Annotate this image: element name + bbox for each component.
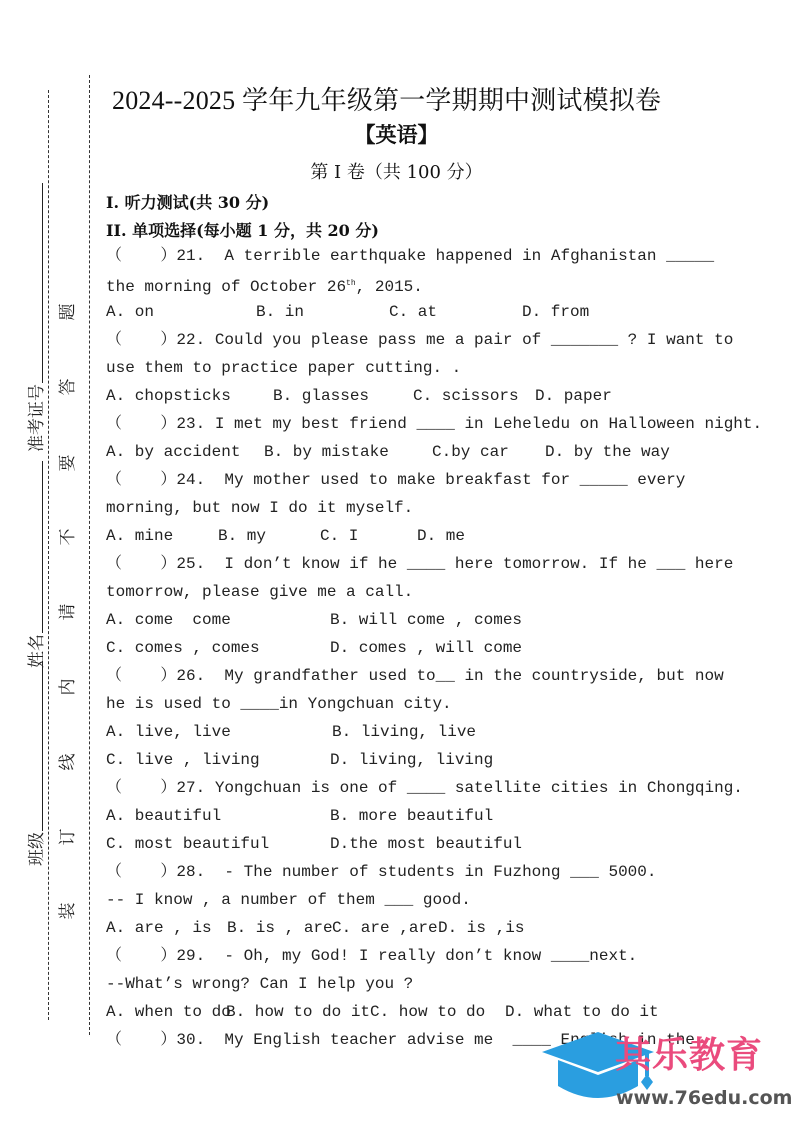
exam-number-field[interactable]: 准考证号 (22, 183, 47, 452)
q21-option-d[interactable]: D. from (522, 302, 589, 322)
q24-option-a[interactable]: A. mine (106, 526, 173, 546)
question-26-stem: （ ）26. My grandfather used to__ in the c… (106, 666, 724, 686)
subject-heading: 【英语】 (0, 119, 793, 149)
q21-option-c[interactable]: C. at (389, 302, 437, 322)
q24-option-d[interactable]: D. me (417, 526, 465, 546)
q26-option-d[interactable]: D. living, living (330, 750, 493, 770)
q28-option-b[interactable]: B. is , are (227, 918, 333, 938)
question-21-stem-cont: the morning of October 26th, 2015. (106, 274, 423, 297)
seal-char: 装 (58, 901, 78, 921)
q26-option-b[interactable]: B. living, live (332, 722, 476, 742)
class-label: 班级 (22, 832, 47, 866)
q27-option-d[interactable]: D.the most beautiful (330, 834, 522, 854)
q26-option-c[interactable]: C. live , living (106, 750, 260, 770)
seal-char: 要 (58, 453, 78, 473)
q21-tail: , 2015. (356, 278, 423, 296)
q25-option-c[interactable]: C. comes , comes (106, 638, 260, 658)
question-25-stem: （ ）25. I don’t know if he ____ here tomo… (106, 554, 733, 574)
q23-option-b[interactable]: B. by mistake (264, 442, 389, 462)
watermark-url: www.76edu.com (616, 1087, 792, 1109)
question-24-stem: （ ）24. My mother used to make breakfast … (106, 470, 685, 490)
seal-char: 答 (58, 377, 78, 397)
q25-option-b[interactable]: B. will come , comes (330, 610, 522, 630)
q29-option-c[interactable]: C. how to do (370, 1002, 485, 1022)
q29-option-b[interactable]: B. how to do it (226, 1002, 370, 1022)
q21-option-b[interactable]: B. in (256, 302, 304, 322)
q25-option-a[interactable]: A. come come (106, 610, 231, 630)
seal-char: 订 (58, 827, 78, 847)
question-22-stem-cont: use them to practice paper cutting. . (106, 358, 461, 378)
q24-option-c[interactable]: C. I (320, 526, 358, 546)
question-29-stem-cont: --What’s wrong? Can I help you ? (106, 974, 413, 994)
binding-line-outer (48, 90, 49, 1020)
section-listening: I. 听力测试(共 30 分) (106, 190, 269, 213)
seal-char: 题 (58, 302, 78, 322)
q28-option-c[interactable]: C. are ,are (332, 918, 438, 938)
q25-option-d[interactable]: D. comes , will come (330, 638, 522, 658)
q22-option-c[interactable]: C. scissors (413, 386, 519, 406)
q26-option-a[interactable]: A. live, live (106, 722, 231, 742)
question-21-stem: （ ）21. A terrible earthquake happened in… (106, 246, 714, 266)
section-single-choice: II. 单项选择(每小题 1 分，共 20 分) (106, 218, 379, 241)
q21-sup: th (346, 279, 356, 288)
watermark-brand-name: 其乐教育 (615, 1027, 763, 1078)
exam-number-label: 准考证号 (22, 384, 47, 452)
volume-heading: 第 I 卷（共 100 分） (0, 158, 793, 184)
q29-option-a[interactable]: A. when to do (106, 1002, 231, 1022)
q28-option-d[interactable]: D. is ,is (438, 918, 524, 938)
class-field[interactable]: 班级 (22, 661, 47, 866)
name-blank[interactable] (41, 461, 43, 633)
question-28-stem-cont: -- I know , a number of them ___ good. (106, 890, 471, 910)
q23-option-d[interactable]: D. by the way (545, 442, 670, 462)
q22-option-d[interactable]: D. paper (535, 386, 612, 406)
class-blank[interactable] (41, 661, 43, 831)
question-22-stem: （ ）22. Could you please pass me a pair o… (106, 330, 733, 350)
q29-option-d[interactable]: D. what to do it (505, 1002, 659, 1022)
q24-option-b[interactable]: B. my (218, 526, 266, 546)
exam-title: 2024--2025 学年九年级第一学期期中测试模拟卷 (112, 80, 661, 117)
q21-option-a[interactable]: A. on (106, 302, 154, 322)
question-24-stem-cont: morning, but now I do it myself. (106, 498, 413, 518)
exam-number-blank[interactable] (41, 183, 43, 383)
q27-option-b[interactable]: B. more beautiful (330, 806, 493, 826)
q27-option-c[interactable]: C. most beautiful (106, 834, 269, 854)
name-field[interactable]: 姓名 (22, 461, 47, 668)
question-26-stem-cont: he is used to ____in Yongchuan city. (106, 694, 452, 714)
seal-char: 线 (58, 752, 78, 772)
seal-char: 不 (58, 527, 78, 547)
q27-option-a[interactable]: A. beautiful (106, 806, 221, 826)
seal-char: 请 (58, 602, 78, 622)
exam-page: 准考证号 姓名 班级 题 答 要 不 请 内 线 订 装 2024--2025 … (0, 0, 793, 1122)
question-25-stem-cont: tomorrow, please give me a call. (106, 582, 413, 602)
question-27-stem: （ ）27. Yongchuan is one of ____ satellit… (106, 778, 743, 798)
question-28-stem: （ ）28. - The number of students in Fuzho… (106, 862, 657, 882)
q22-option-b[interactable]: B. glasses (273, 386, 369, 406)
question-29-stem: （ ）29. - Oh, my God! I really don’t know… (106, 946, 637, 966)
q23-option-a[interactable]: A. by accident (106, 442, 240, 462)
seal-char: 内 (58, 677, 78, 697)
q23-option-c[interactable]: C.by car (432, 442, 509, 462)
q28-option-a[interactable]: A. are , is (106, 918, 212, 938)
q22-option-a[interactable]: A. chopsticks (106, 386, 231, 406)
question-23-stem: （ ）23. I met my best friend ____ in Lehe… (106, 414, 762, 434)
binding-line-inner (89, 75, 90, 1035)
q21-text: the morning of October 26 (106, 278, 346, 296)
